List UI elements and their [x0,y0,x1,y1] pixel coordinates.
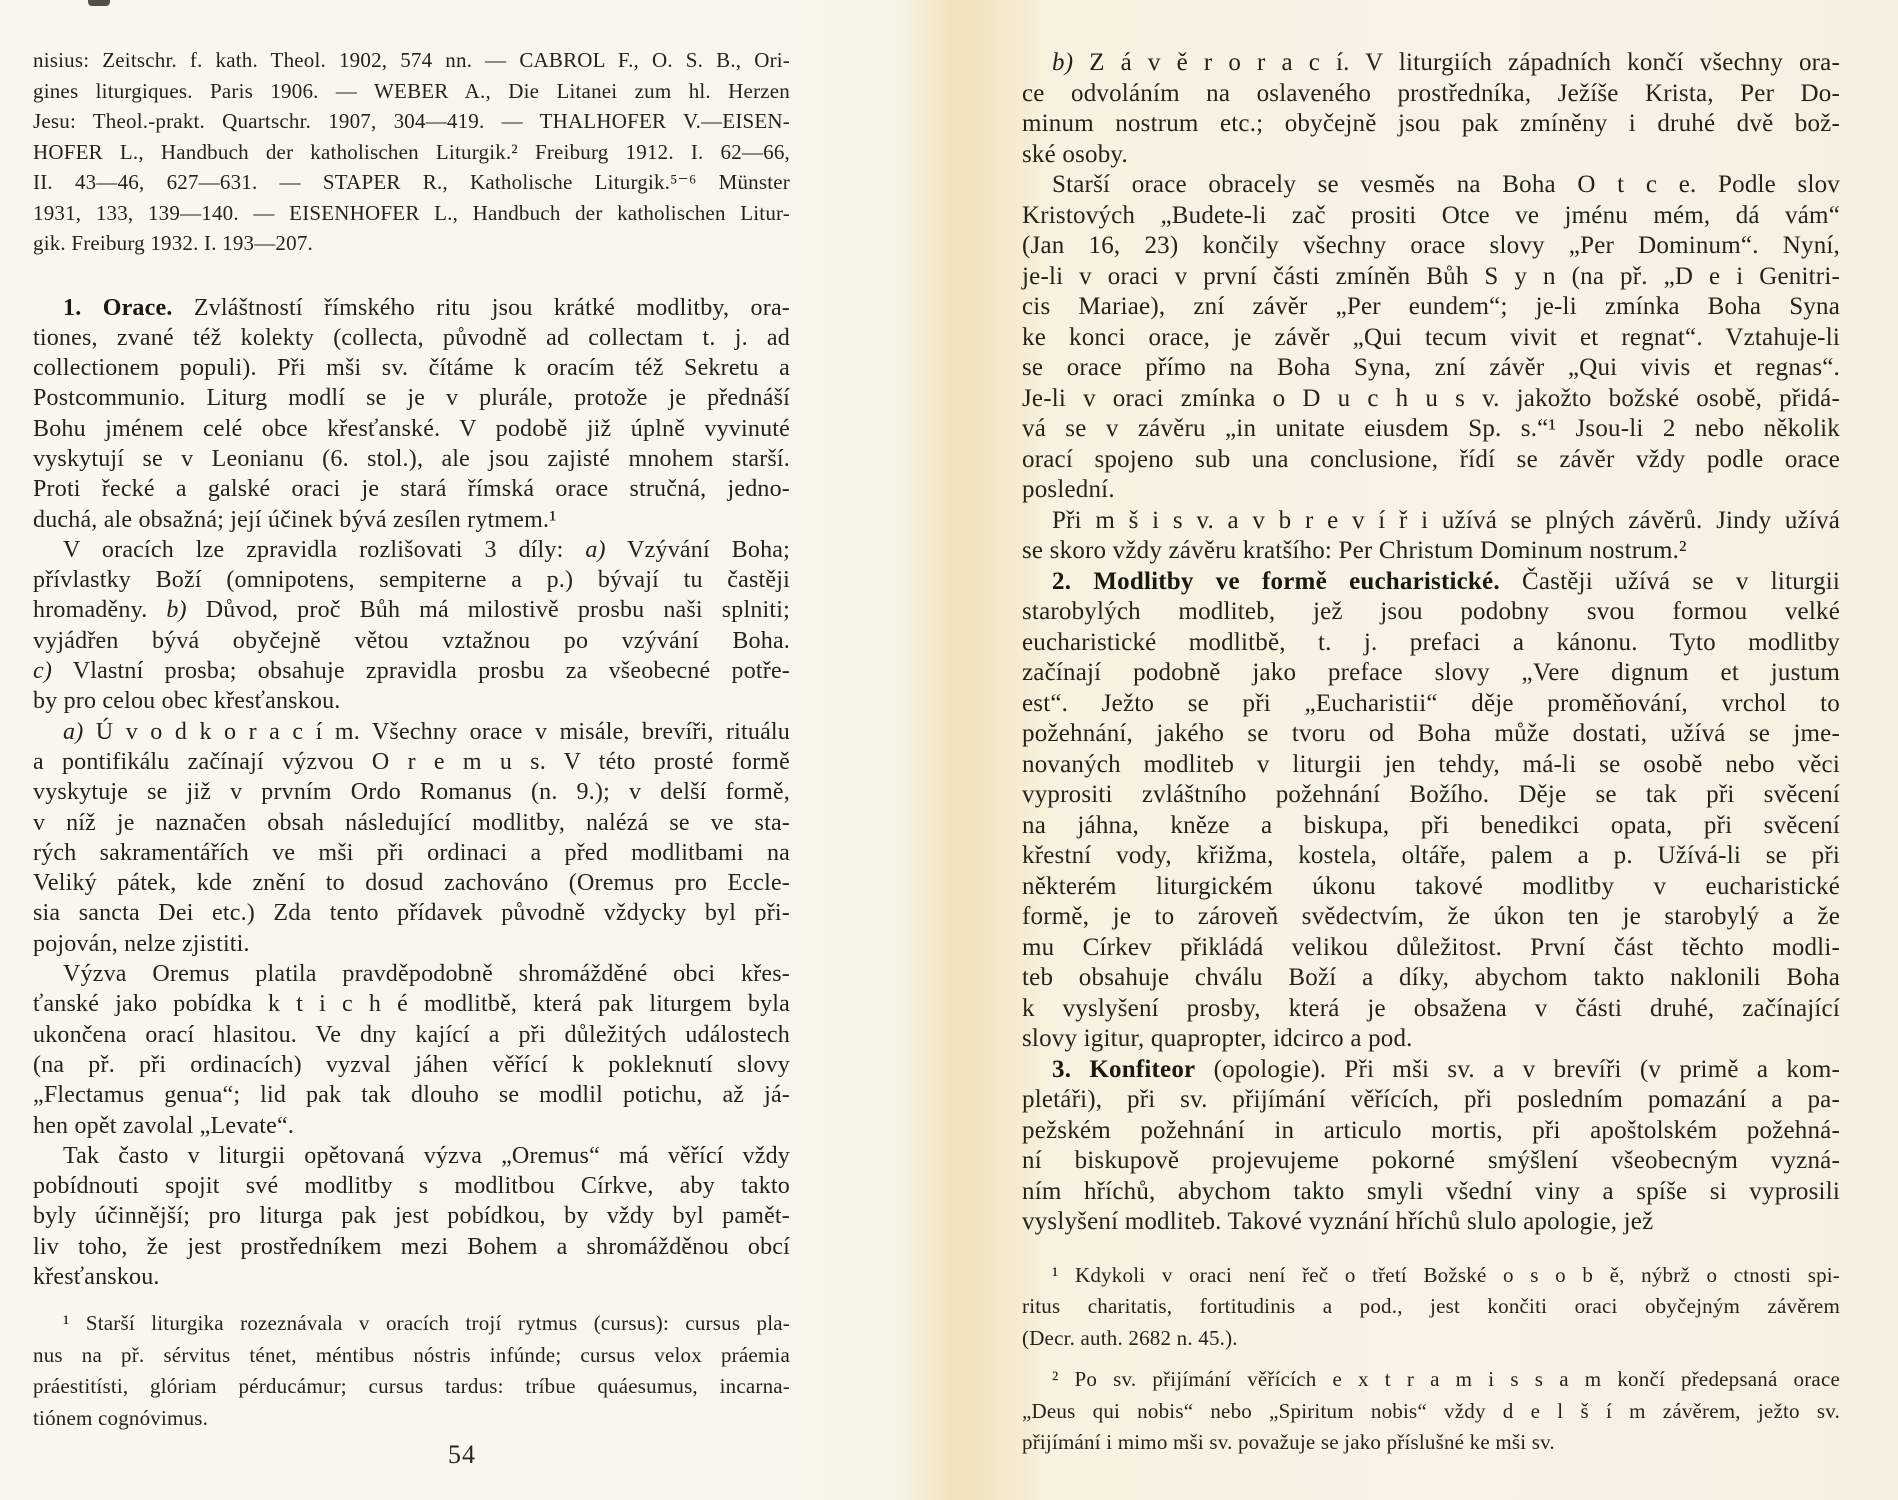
text-line: est“. Ježto se při „Eucharistii“ děje pr… [1022,689,1840,720]
text-line: Kristových „Budete-li zač prositi Otce v… [1022,201,1840,232]
text-line: 1931, 133, 139—140. — EISENHOFER L., Han… [33,198,790,229]
text-line: tiónem cognóvimus. [33,1403,790,1435]
text-line: novaných modliteb v liturgii jen tehdy, … [1022,750,1840,781]
text-line: se skoro vždy závěru kratšího: Per Chris… [1022,536,1840,567]
text-line: ťanské jako pobídka k t i c h é modlitbě… [33,989,790,1019]
text-line: vyskytují se v Leonianu (6. stol.), ale … [33,444,790,474]
text-line: mu Církev přikládá velikou důležitost. P… [1022,933,1840,964]
text-line: pobídnouti spojit své modlitby s modlitb… [33,1171,790,1201]
text-line: ¹ Starší liturgika rozeznávala v oracích… [33,1308,790,1340]
text-line: ¹ Kdykoli v oraci není řeč o třetí Božsk… [1022,1260,1840,1292]
text-line: V oracích lze zpravidla rozlišovati 3 dí… [33,535,790,565]
text-line: ke konci orace, je závěr „Qui tecum vivi… [1022,323,1840,354]
text-line: ním hříchů, abychom takto smyli všední v… [1022,1177,1840,1208]
text-line: ce odvoláním na oslaveného prostředníka,… [1022,79,1840,110]
text-line: ské osoby. [1022,140,1840,171]
text-line: c) Vlastní prosba; obsahuje zpravidla pr… [33,656,790,686]
footnote: ¹ Kdykoli v oraci není řeč o třetí Božsk… [1022,1260,1840,1355]
text-line: „Deus qui nobis“ nebo „Spiritum nobis“ v… [1022,1396,1840,1428]
text-line: Postcommunio. Liturg modlí se je v plurá… [33,383,790,413]
text-line: HOFER L., Handbuch der katholischen Litu… [33,137,790,168]
text-line: byly účinnější; pro liturga pak jest pob… [33,1201,790,1231]
text-line: a) Ú v o d k o r a c í m. Všechny orace … [33,717,790,747]
text-line: vyskytuje se již v prvním Ordo Romanus (… [33,777,790,807]
text-line: přívlastky Boží (omnipotens, sempiterne … [33,565,790,595]
text-line: b) Z á v ě r o r a c í. V liturgiích záp… [1022,48,1840,79]
paragraph: Výzva Oremus platila pravděpodobně shrom… [33,959,790,1141]
bibliography: nisius: Zeitschr. f. kath. Theol. 1902, … [33,45,790,259]
text-line: přijímání i mimo mši sv. považuje se jak… [1022,1427,1840,1459]
text-line: vá se v závěru „in unitate eiusdem Sp. s… [1022,414,1840,445]
text-line: formě, je to zároveň svědectvím, že úkon… [1022,902,1840,933]
text-line: ritus charitatis, fortitudinis a pod., j… [1022,1291,1840,1323]
text-line: je-li v oraci v první části zmíněn Bůh S… [1022,262,1840,293]
text-line: ² Po sv. přijímání věřících e x t r a m … [1022,1364,1840,1396]
text-line: pojován, nelze zjistiti. [33,929,790,959]
text-line: ní biskupově projevujeme pokorné smýšlen… [1022,1146,1840,1177]
text-line: Starší orace obracely se vesměs na Boha … [1022,170,1840,201]
text-line: na jáhna, kněze a biskupa, při benedikci… [1022,811,1840,842]
text-line: k vyslyšení prosby, která je obsažena v … [1022,994,1840,1025]
text-line: se orace přímo na Boha Syna, zní závěr „… [1022,353,1840,384]
text-line: pežském požehnání in articulo mortis, př… [1022,1116,1840,1147]
text-line: Veliký pátek, kde znění to dosud zachová… [33,868,790,898]
text-line: sia sancta Dei etc.) Zda tento přídavek … [33,898,790,928]
book-scan: nisius: Zeitschr. f. kath. Theol. 1902, … [0,0,1898,1500]
text-line: některém liturgickém úkonu takové modlit… [1022,872,1840,903]
text-line: gik. Freiburg 1932. I. 193—207. [33,228,790,259]
text-line: teb obsahuje chválu Boží a díky, abychom… [1022,963,1840,994]
text-line: 1. Orace. Zvláštností římského ritu jsou… [33,293,790,323]
text-line: práestitísti, glóriam pérducámur; cursus… [33,1371,790,1403]
text-line: vyprositi zvláštního požehnání Božího. D… [1022,780,1840,811]
text-line: křestní vody, křižma, kostela, oltáře, p… [1022,841,1840,872]
text-line: poslední. [1022,475,1840,506]
text-line: (Decr. auth. 2682 n. 45.). [1022,1323,1840,1355]
text-line: křesťanskou. [33,1262,790,1292]
text-line: liv toho, že jest prostředníkem mezi Boh… [33,1232,790,1262]
paragraph: Starší orace obracely se vesměs na Boha … [1022,170,1840,506]
page-54-number: 54 [448,1440,476,1470]
text-line: (na př. při ordinacích) vyzval jáhen věř… [33,1050,790,1080]
text-line: vyjádřen bývá obyčejně větou vztažnou po… [33,626,790,656]
page-54: nisius: Zeitschr. f. kath. Theol. 1902, … [0,0,900,1500]
text-line: hen opět zavolal „Levate“. [33,1111,790,1141]
text-line: eucharistické modlitbě, t. j. prefaci a … [1022,628,1840,659]
text-line: orací spojeno sub una conclusione, řídí … [1022,445,1840,476]
text-line: collectionem populi). Při mši sv. čítáme… [33,353,790,383]
text-line: Proti řecké a galské oraci je stará říms… [33,474,790,504]
paragraph: V oracích lze zpravidla rozlišovati 3 dí… [33,535,790,717]
text-line: a pontifikálu začínají výzvou O r e m u … [33,747,790,777]
text-line: nus na př. sérvitus ténet, méntibus nóst… [33,1340,790,1372]
page-55: b) Z á v ě r o r a c í. V liturgiích záp… [960,0,1898,1500]
text-line: „Flectamus genua“; lid pak tak dlouho se… [33,1080,790,1110]
paragraph: Tak často v liturgii opětovaná výzva „Or… [33,1141,790,1292]
text-line: Je-li v oraci zmínka o D u c h u s v. ja… [1022,384,1840,415]
text-line: vyslyšení modliteb. Takové vyznání hřích… [1022,1207,1840,1238]
text-line: v níž je naznačen obsah následující modl… [33,808,790,838]
text-line: duchá, ale obsažná; její účinek bývá zes… [33,505,790,535]
text-line: minum nostrum etc.; obyčejně jsou pak zm… [1022,109,1840,140]
paragraph: Při m š i s v. a v b r e v í ř i užívá s… [1022,506,1840,567]
footnote: ² Po sv. přijímání věřících e x t r a m … [1022,1364,1840,1459]
paragraph: a) Ú v o d k o r a c í m. Všechny orace … [33,717,790,959]
paragraph: b) Z á v ě r o r a c í. V liturgiích záp… [1022,48,1840,170]
text-line: začínají podobně jako preface slovy „Ver… [1022,658,1840,689]
text-line: Výzva Oremus platila pravděpodobně shrom… [33,959,790,989]
text-line: Bohu jménem celé obce křesťanské. V podo… [33,414,790,444]
paragraph: 3. Konfiteor (opologie). Při mši sv. a v… [1022,1055,1840,1238]
page-55-text-column: b) Z á v ě r o r a c í. V liturgiích záp… [1022,48,1840,1459]
text-line: 3. Konfiteor (opologie). Při mši sv. a v… [1022,1055,1840,1086]
text-line: tiones, zvané též kolekty (collecta, pův… [33,323,790,353]
text-line: ukončena orací hlasitou. Ve dny kající a… [33,1020,790,1050]
text-line: Tak často v liturgii opětovaná výzva „Or… [33,1141,790,1171]
text-line: požehnání, jakého se tvoru od Boha může … [1022,719,1840,750]
text-line: nisius: Zeitschr. f. kath. Theol. 1902, … [33,45,790,76]
text-line: cis Mariae), zní závěr „Per eundem“; je-… [1022,292,1840,323]
text-line: rých sakramentářích ve mši při ordinaci … [33,838,790,868]
text-line: pletáři), při sv. přijímání věřících, př… [1022,1085,1840,1116]
page-54-text-column: nisius: Zeitschr. f. kath. Theol. 1902, … [33,45,790,1434]
paragraph: 1. Orace. Zvláštností římského ritu jsou… [33,293,790,535]
text-line: 2. Modlitby ve formě eucharistické. Čast… [1022,567,1840,598]
footnote: ¹ Starší liturgika rozeznávala v oracích… [33,1308,790,1434]
text-line: Při m š i s v. a v b r e v í ř i užívá s… [1022,506,1840,537]
text-line: II. 43—46, 627—631. — STAPER R., Katholi… [33,167,790,198]
text-line: gines liturgiques. Paris 1906. — WEBER A… [33,76,790,107]
text-line: by pro celou obec křesťanskou. [33,686,790,716]
text-line: hromaděny. b) Důvod, proč Bůh má milosti… [33,595,790,625]
text-line: Jesu: Theol.-prakt. Quartschr. 1907, 304… [33,106,790,137]
text-line: (Jan 16, 23) končily všechny orace slovy… [1022,231,1840,262]
text-line: slovy igitur, quapropter, idcirco a pod. [1022,1024,1840,1055]
text-line: starobylých modliteb, jež jsou podobny s… [1022,597,1840,628]
paragraph: 2. Modlitby ve formě eucharistické. Čast… [1022,567,1840,1055]
